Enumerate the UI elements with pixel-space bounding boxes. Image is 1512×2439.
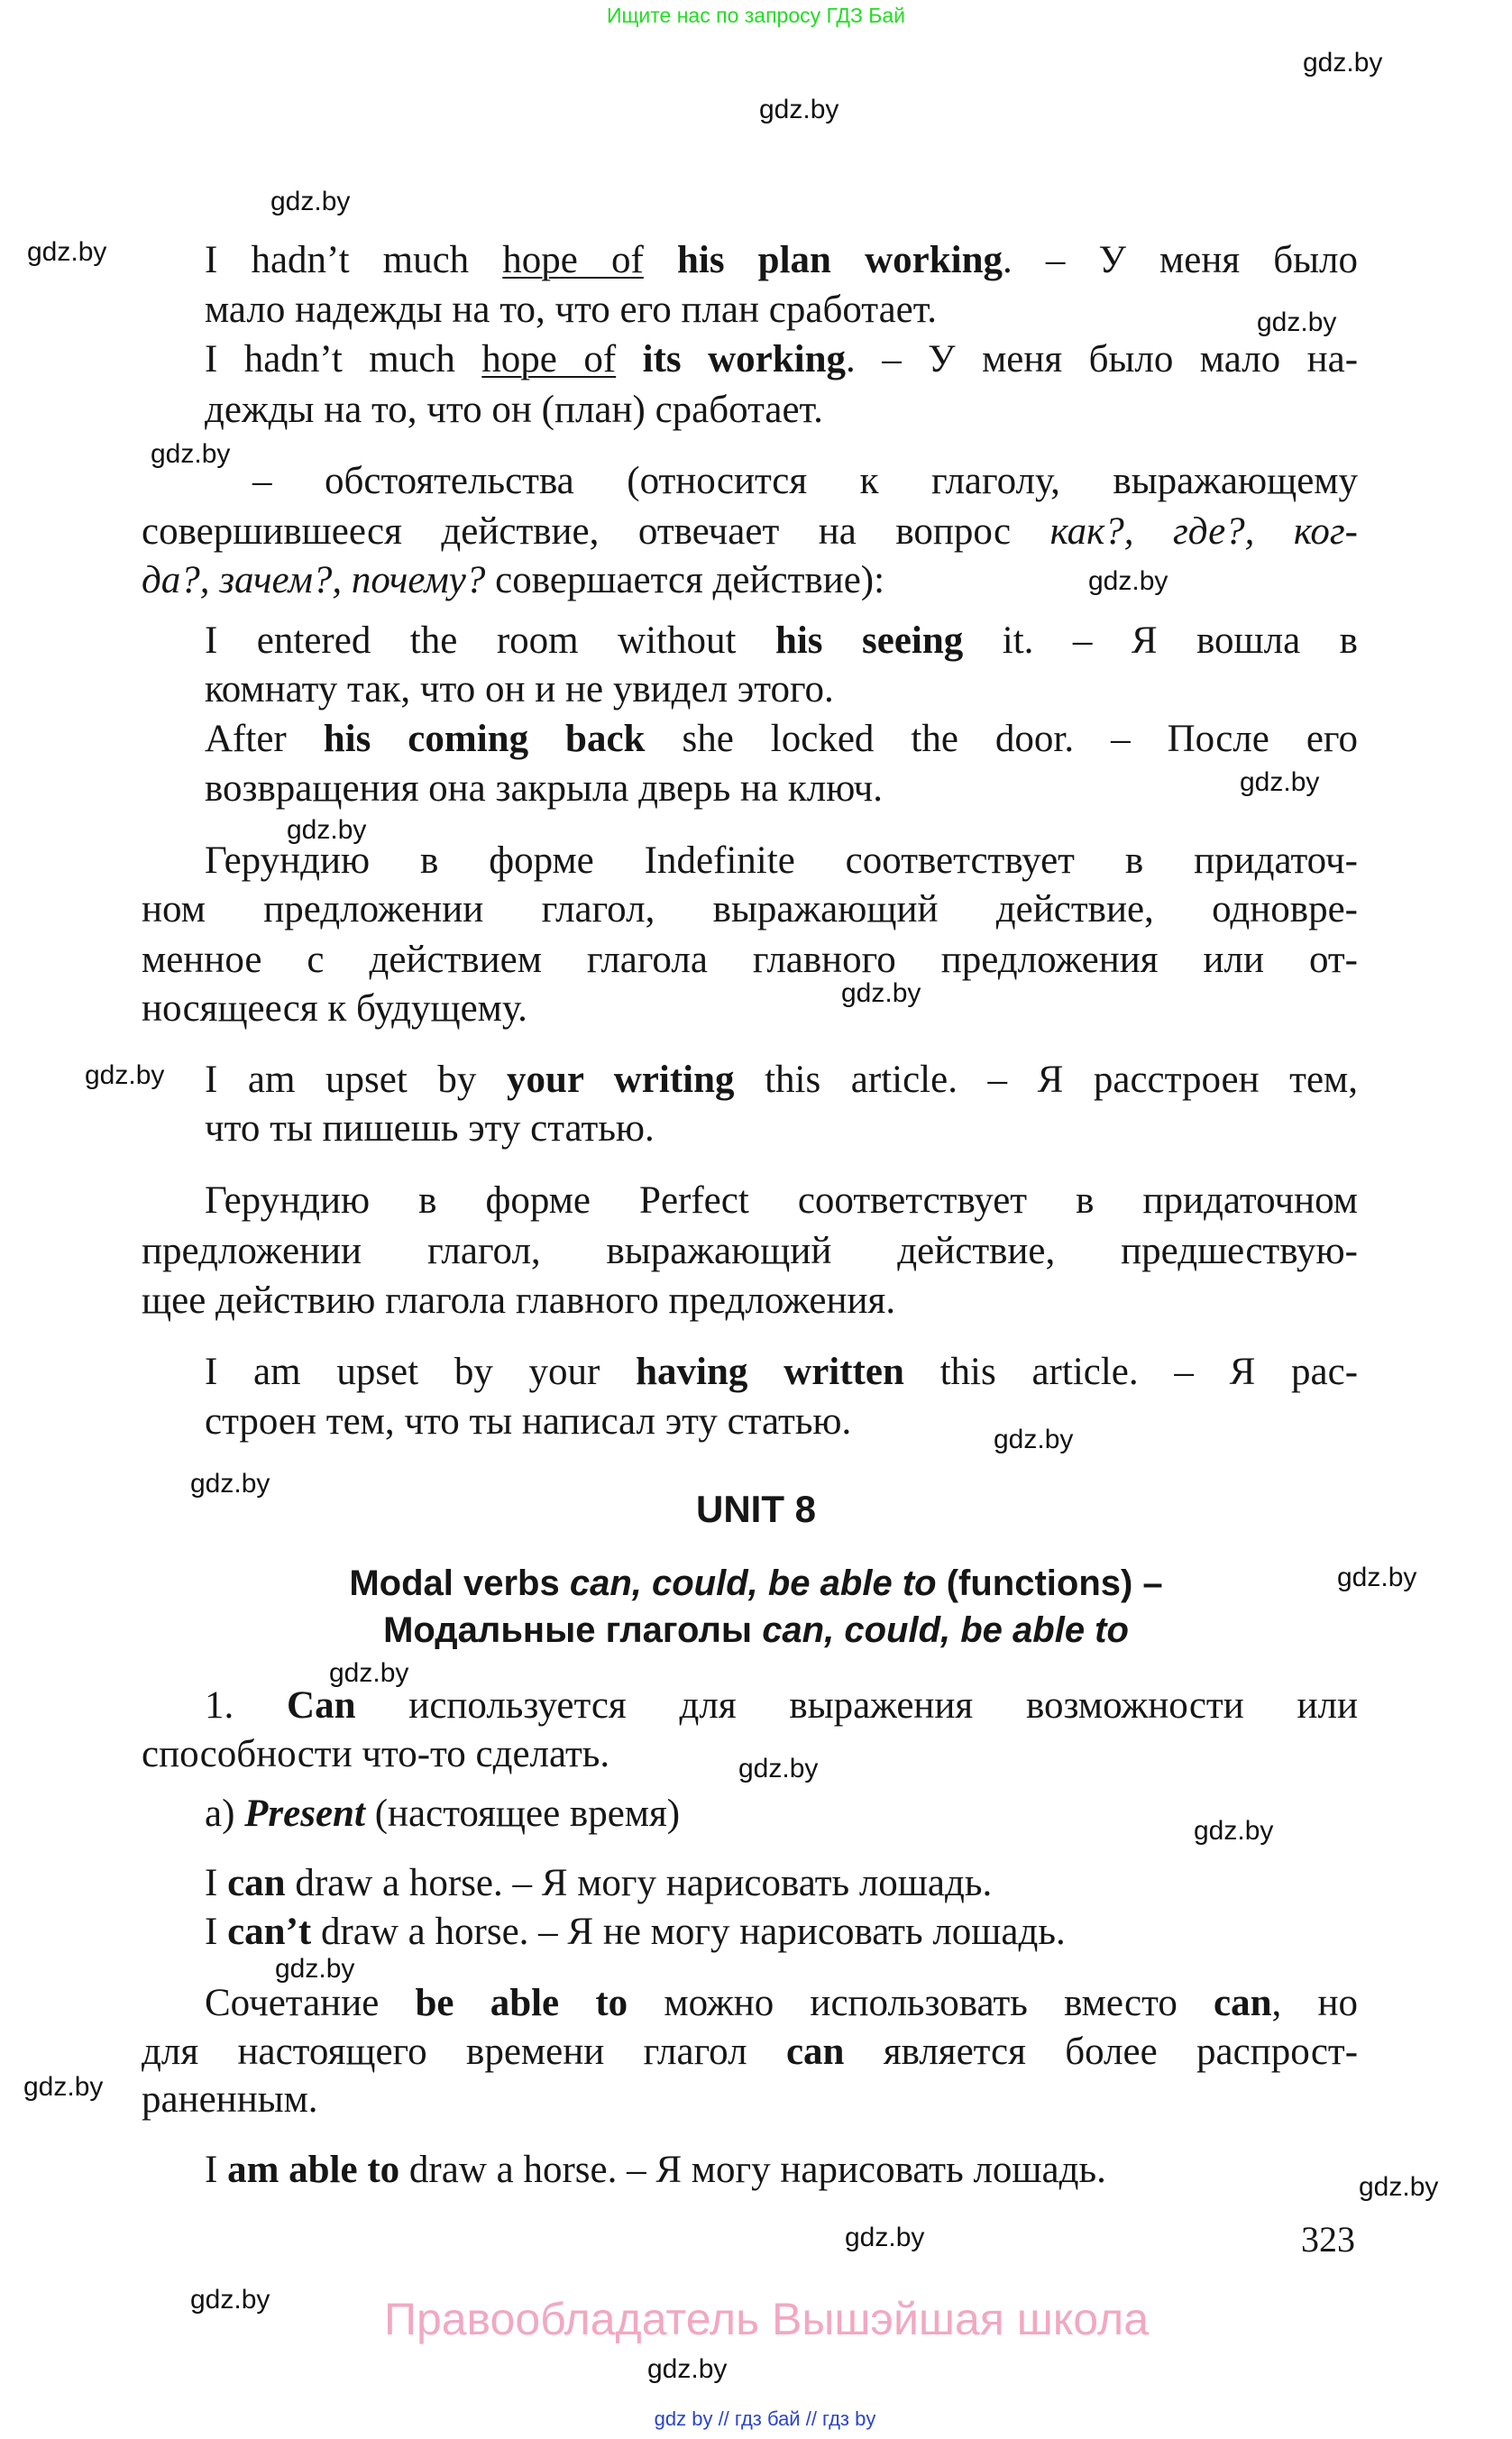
copyright-notice: Правообладатель Вышэйшая школа	[0, 2293, 1512, 2345]
watermark: gdz.by	[647, 2354, 727, 2385]
paragraph-line: менное с действием глагола главного пред…	[142, 936, 1358, 985]
watermark: gdz.by	[738, 1754, 818, 1784]
watermark: gdz.by	[85, 1060, 164, 1091]
translation: мало надежды на то, что его план сработа…	[205, 286, 937, 335]
watermark: gdz.by	[1257, 307, 1336, 338]
translation: что ты пишешь эту статью.	[205, 1105, 655, 1153]
watermark: gdz.by	[1240, 767, 1319, 798]
watermark: gdz.by	[994, 1425, 1073, 1455]
paragraph-line: – обстоятельства (относится к глаголу, в…	[252, 457, 1358, 506]
page-number: 323	[1301, 2218, 1355, 2260]
paragraph-line: Герундию в форме Indefinite соответствуе…	[205, 837, 1358, 885]
paragraph-line: совершившееся действие, отвечает на вопр…	[142, 508, 1358, 556]
example-sentence: I am upset by your having written this a…	[205, 1348, 1358, 1397]
paragraph-line: да?, зачем?, почему? совершается действи…	[142, 556, 884, 605]
example-sentence: I can draw a horse. – Я могу нарисовать …	[205, 1859, 992, 1908]
translation: дежды на то, что он (план) сработает.	[205, 386, 823, 435]
example-sentence: After his coming back she locked the doo…	[205, 715, 1358, 764]
watermark: gdz.by	[1194, 1816, 1273, 1847]
example-sentence: I hadn’t much hope of its working. – У м…	[205, 335, 1358, 384]
watermark: gdz.by	[1359, 2172, 1438, 2203]
paragraph-line: Сочетание be able to можно использовать …	[205, 1979, 1358, 2028]
watermark: gdz.by	[1088, 566, 1168, 597]
paragraph-line: способности что-то сделать.	[142, 1730, 609, 1779]
paragraph-line: для настоящего времени глагол can являет…	[142, 2028, 1358, 2077]
section-title-ru: Модальные глаголы can, could, be able to	[0, 1610, 1512, 1651]
watermark: gdz.by	[151, 439, 230, 470]
watermark: gdz.by	[845, 2223, 924, 2253]
paragraph-line: ном предложении глагол, выражающий дейст…	[142, 885, 1358, 934]
paragraph-line: 1. Can используется для выражения возмож…	[205, 1682, 1358, 1730]
footer-links[interactable]: gdz by // гдз бай // гдз by	[0, 2407, 1512, 2431]
paragraph-line: предложении глагол, выражающий действие,…	[142, 1227, 1358, 1276]
section-title-en: Modal verbs can, could, be able to (func…	[0, 1563, 1512, 1604]
example-sentence: I entered the room without his seeing it…	[205, 617, 1358, 665]
example-sentence: I am able to draw a horse. – Я могу нари…	[205, 2146, 1106, 2195]
translation: возвращения она закрыла дверь на ключ.	[205, 765, 883, 813]
paragraph-line: Герундию в форме Perfect соответствует в…	[205, 1177, 1358, 1225]
translation: комнату так, что он и не увидел этого.	[205, 665, 834, 714]
translation: строен тем, что ты написал эту статью.	[205, 1398, 851, 1446]
subsection-label: a) Present (настоящее время)	[205, 1790, 680, 1838]
paragraph-line: носящееся к будущему.	[142, 985, 527, 1033]
example-sentence: I am upset by your writing this article.…	[205, 1056, 1358, 1105]
promo-banner[interactable]: Ищите нас по запросу ГДЗ Бай	[0, 4, 1512, 28]
watermark: gdz.by	[23, 2072, 103, 2103]
example-sentence: I can’t draw a horse. – Я не могу нарисо…	[205, 1908, 1066, 1957]
watermark: gdz.by	[759, 95, 838, 125]
watermark: gdz.by	[1303, 48, 1382, 78]
unit-title: UNIT 8	[0, 1488, 1512, 1531]
watermark: gdz.by	[27, 237, 106, 268]
example-sentence: I hadn’t much hope of his plan working. …	[205, 236, 1358, 285]
paragraph-line: щее действию глагола главного предложени…	[142, 1277, 895, 1325]
paragraph-line: раненным.	[142, 2076, 318, 2124]
watermark: gdz.by	[270, 187, 350, 217]
